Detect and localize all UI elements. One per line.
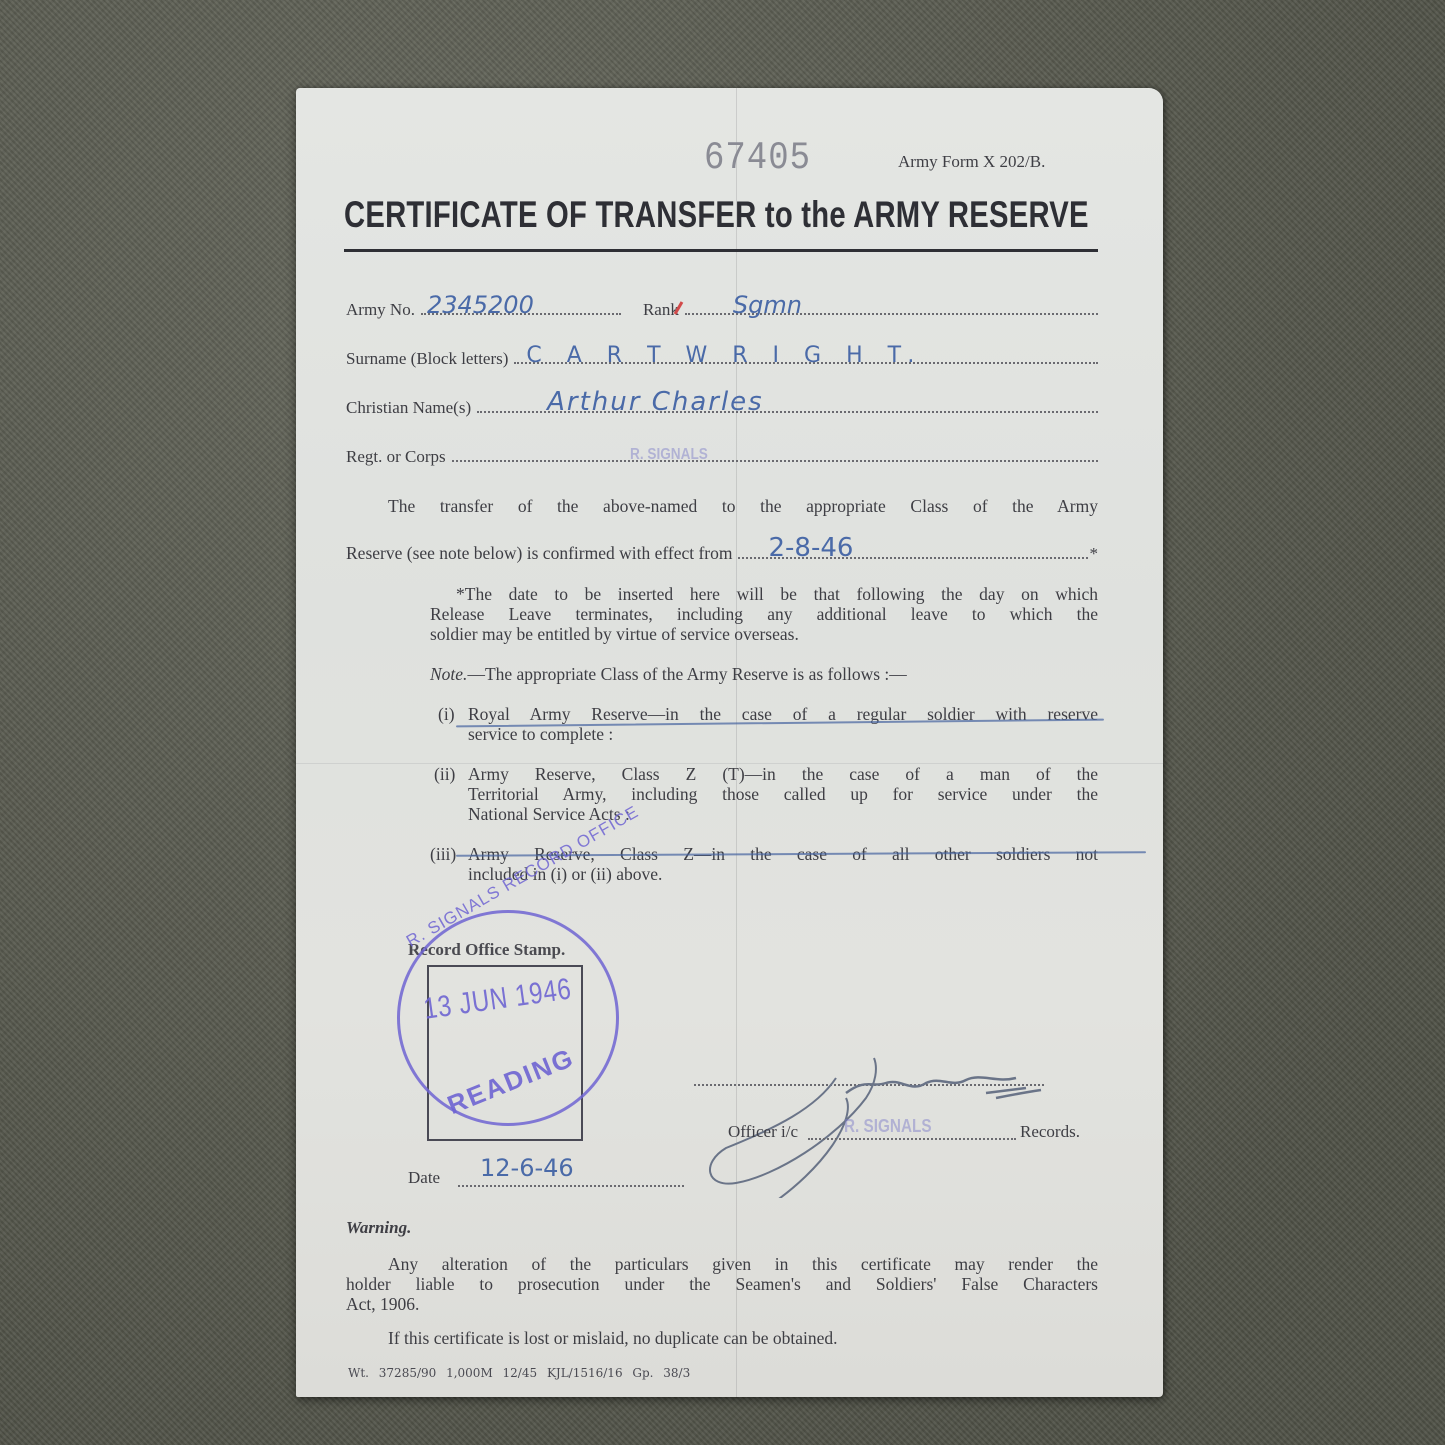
note-item-2-num: (ii) [434,764,455,784]
surname-field: C A R T W R I G H T. [514,362,1098,364]
rank-value: Sgmn [733,291,802,319]
transfer-text-line2: Reserve (see note below) is confirmed wi… [346,543,738,564]
christian-names-row: Christian Name(s) Arthur Charles [346,394,1098,418]
fold-crease-vertical [736,88,737,1397]
effective-date-field: 2-8-46 [738,557,1087,559]
form-number: Army Form X 202/B. [898,152,1045,172]
document-title: CERTIFICATE OF TRANSFER to the ARMY RESE… [344,194,1089,236]
serial-number: 67405 [704,137,811,181]
note-item-3-num: (iii) [430,844,456,864]
note-item-2-line2: Territorial Army, including those called… [468,784,1098,804]
surname-label: Surname (Block letters) [346,349,514,369]
warning-line3: Act, 1906. [346,1294,419,1314]
regt-corps-row: Regt. or Corps R. SIGNALS [346,443,1098,467]
rank-field: Sgmn [685,313,1098,315]
army-no-field: 2345200 [421,313,621,315]
effective-date-row: Reserve (see note below) is confirmed wi… [346,540,1098,564]
christian-names-field: Arthur Charles [477,411,1098,413]
note-item-1-num: (i) [438,704,455,724]
footnote-line1: *The date to be inserted here will be th… [456,584,1098,604]
note-lead: Note. [430,664,467,684]
records-label: Records. [1020,1122,1080,1142]
footnote-line3: soldier may be entitled by virtue of ser… [430,624,799,644]
surname-row: Surname (Block letters) C A R T W R I G … [346,345,1098,369]
footnote-line2: Release Leave terminates, including any … [430,604,1098,624]
effective-date-value: 2-8-46 [768,533,853,563]
officer-unit-stamp: R. SIGNALS [844,1116,932,1137]
date-value: 12-6-46 [480,1154,574,1182]
title-rule [344,249,1098,252]
army-no-label: Army No. [346,300,421,320]
army-no-rank-row: Army No. 2345200 Rank Sgmn [346,296,1098,320]
note-item-2-line1: Army Reserve, Class Z (T)—in the case of… [468,764,1098,784]
certificate-paper: 67405 Army Form X 202/B. CERTIFICATE OF … [296,88,1163,1397]
warning-line2: holder liable to prosecution under the S… [346,1274,1098,1294]
regt-corps-stamp: R. SIGNALS [630,446,708,464]
transfer-text-line1: The transfer of the above-named to the a… [388,496,1098,516]
printer-imprint: Wt. 37285/90 1,000M 12/45 KJL/1516/16 Gp… [348,1366,690,1380]
officer-unit-line [808,1138,1016,1140]
date-label: Date [408,1168,440,1188]
regt-corps-label: Regt. or Corps [346,447,452,467]
officer-label: Officer i/c [728,1122,798,1142]
note-heading: Note.—The appropriate Class of the Army … [430,664,907,684]
note-text: —The appropriate Class of the Army Reser… [467,664,906,684]
regt-corps-field: R. SIGNALS [452,460,1098,462]
christian-names-label: Christian Name(s) [346,398,477,418]
surname-value: C A R T W R I G H T. [526,343,923,368]
warning-title: Warning. [346,1218,411,1238]
lost-notice: If this certificate is lost or mislaid, … [388,1328,838,1348]
christian-names-value: Arthur Charles [547,387,764,417]
asterisk: * [1088,544,1099,564]
army-no-value: 2345200 [427,291,534,319]
warning-line1: Any alteration of the particulars given … [388,1254,1098,1274]
date-line [458,1185,684,1187]
